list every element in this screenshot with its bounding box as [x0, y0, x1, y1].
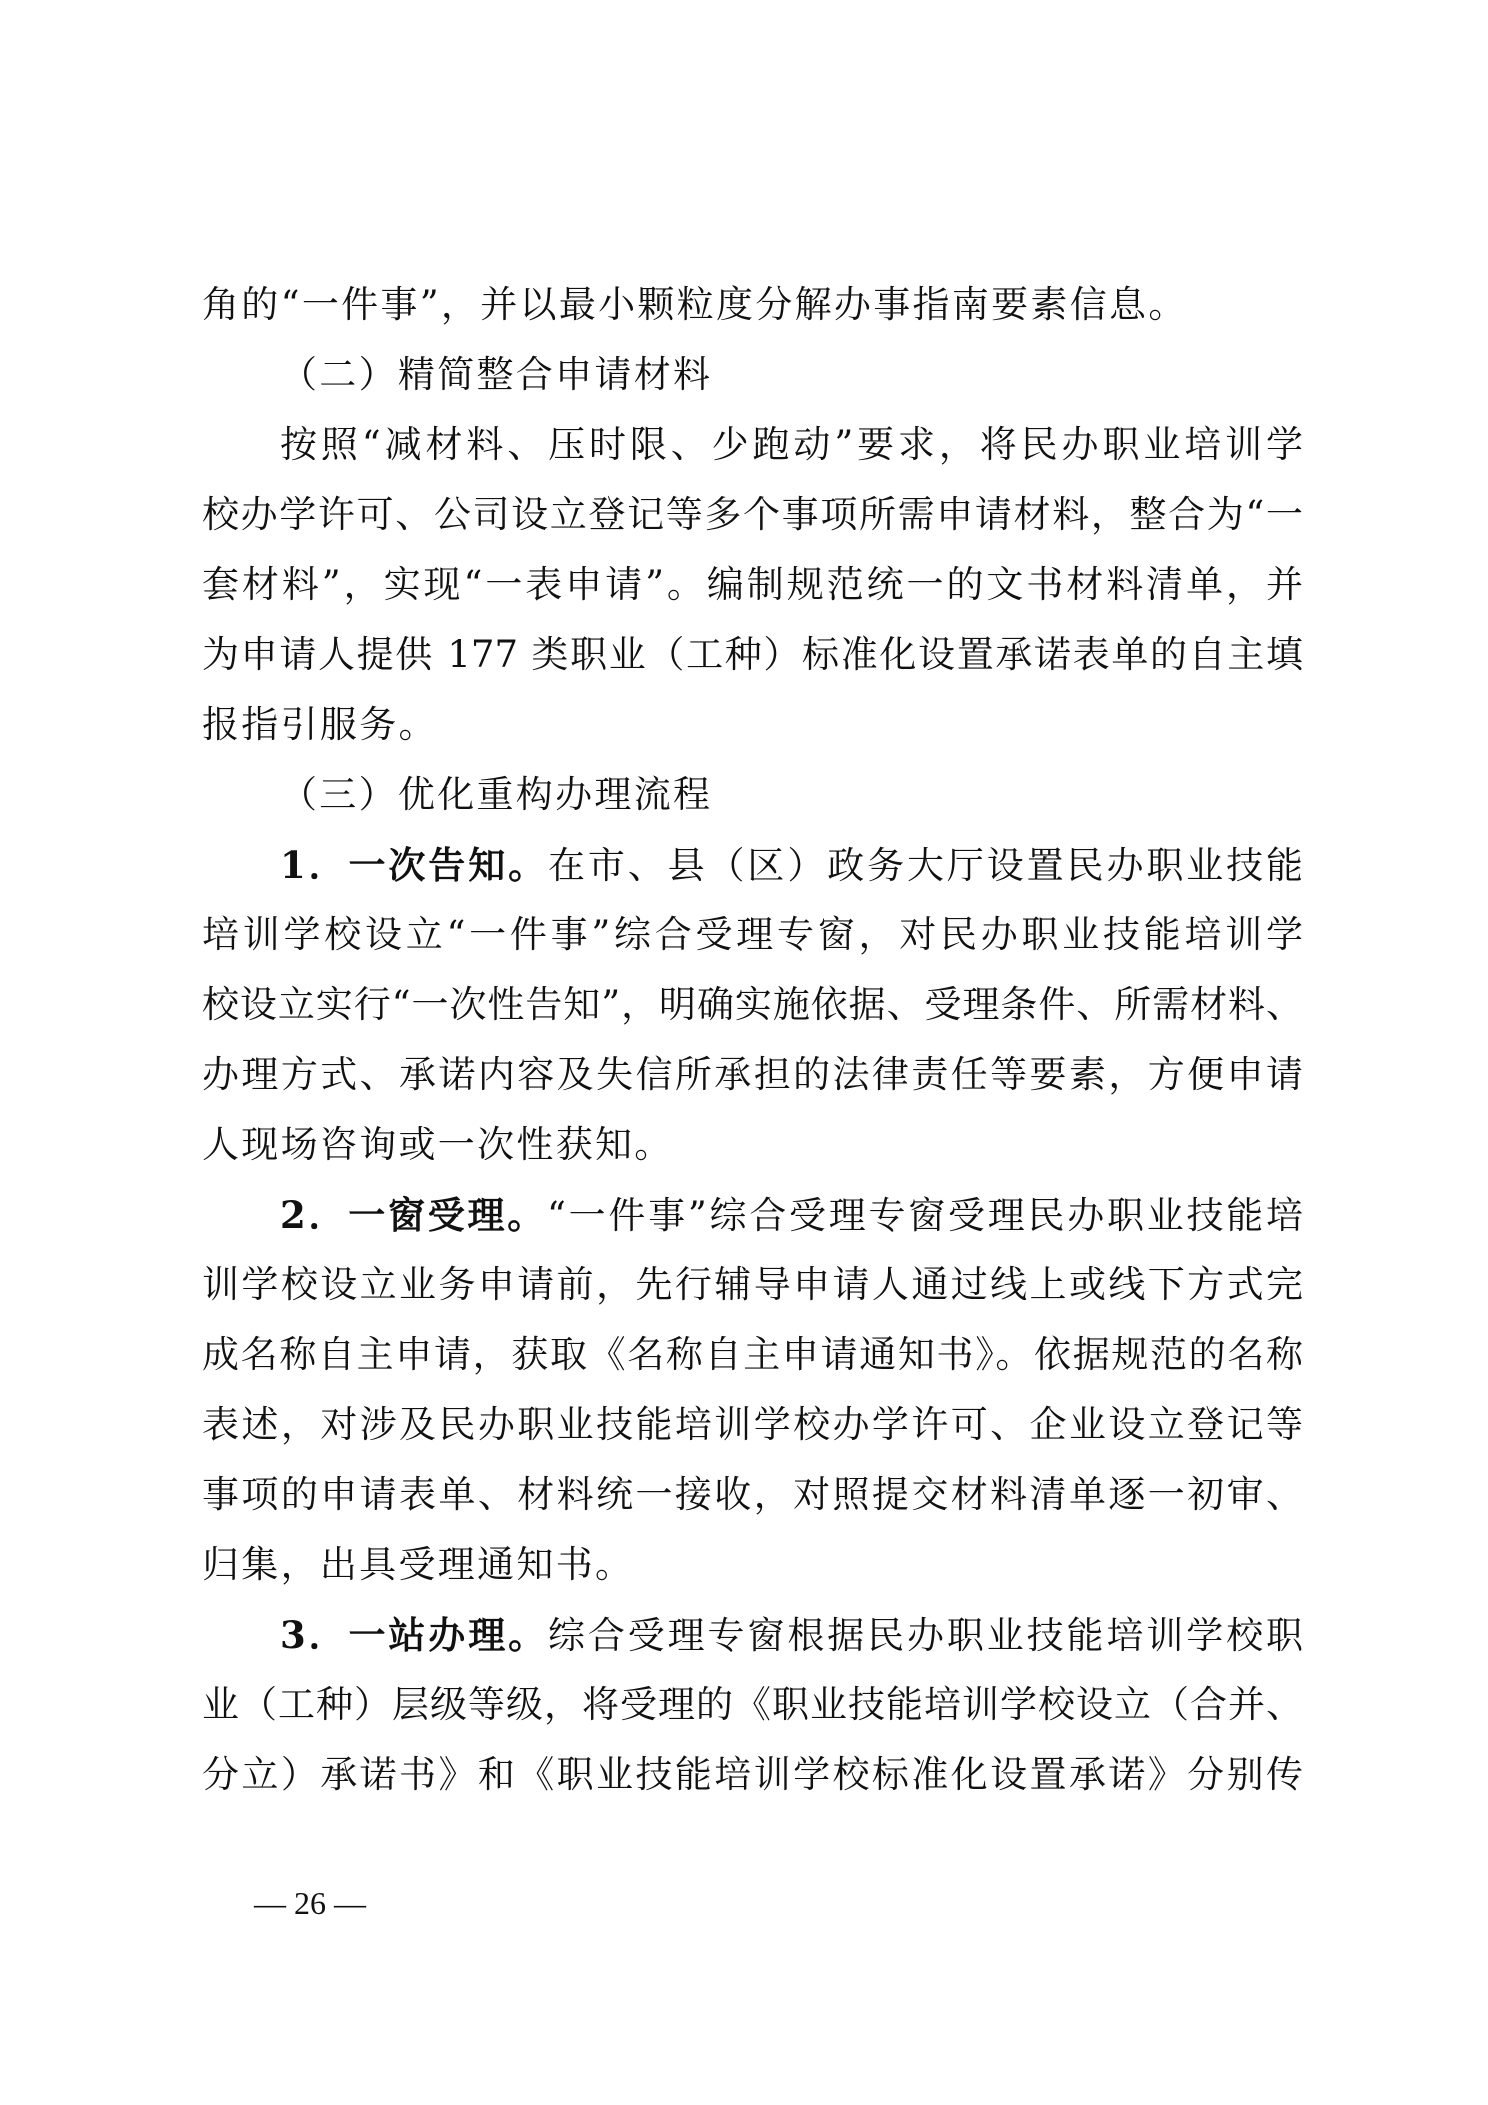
document-page: 角的“一件事”，并以最小颗粒度分解办事指南要素信息。 （二）精简整合申请材料 按…	[0, 0, 1488, 2105]
paragraph-line: 为申请人提供 177 类职业（工种）标准化设置承诺表单的自主填	[202, 620, 1303, 690]
page-number: — 26 —	[254, 1878, 394, 1928]
line-text: 角的“一件事”，并以最小颗粒度分解办事指南要素信息。	[202, 283, 1188, 326]
paragraph-line: 按照“减材料、压时限、少跑动”要求，将民办职业培训学	[202, 410, 1303, 480]
paragraph-line: 事项的申请表单、材料统一接收，对照提交材料清单逐一初审、	[202, 1460, 1303, 1530]
item-lead: 2．一窗受理。	[280, 1193, 547, 1237]
line-text: 为申请人提供 177 类职业（工种）标准化设置承诺表单的自主填	[202, 633, 1303, 676]
paragraph-line: 成名称自主申请，获取《名称自主申请通知书》。依据规范的名称	[202, 1320, 1303, 1390]
heading-text: （三）优化重构办理流程	[280, 773, 712, 816]
paragraph-line: 分立）承诺书》和《职业技能培训学校标准化设置承诺》分别传	[202, 1740, 1303, 1810]
line-text: 办理方式、承诺内容及失信所承担的法律责任等要素，方便申请	[202, 1053, 1303, 1096]
line-text: 综合受理专窗根据民办职业技能培训学校职	[548, 1614, 1303, 1657]
line-text: 分立）承诺书》和《职业技能培训学校标准化设置承诺》分别传	[202, 1753, 1303, 1796]
paragraph-line: 套材料”，实现“一表申请”。编制规范统一的文书材料清单，并	[202, 550, 1303, 620]
line-text: 按照“减材料、压时限、少跑动”要求，将民办职业培训学	[280, 423, 1303, 466]
paragraph-line: 报指引服务。	[202, 690, 1303, 760]
heading-text: （二）精简整合申请材料	[280, 353, 712, 396]
line-text: 校设立实行“一次性告知”，明确实施依据、受理条件、所需材料、	[202, 983, 1303, 1026]
line-text: 报指引服务。	[202, 703, 438, 746]
paragraph-line: 校设立实行“一次性告知”，明确实施依据、受理条件、所需材料、	[202, 970, 1303, 1040]
item-lead: 3．一站办理。	[280, 1613, 548, 1657]
line-text: 在市、县（区）政务大厅设置民办职业技能	[548, 844, 1303, 887]
line-text: “一件事”综合受理专窗受理民办职业技能培	[547, 1194, 1303, 1237]
paragraph-line: 训学校设立业务申请前，先行辅导申请人通过线上或线下方式完	[202, 1250, 1303, 1320]
line-text: 归集，出具受理通知书。	[202, 1543, 634, 1586]
line-text: 表述，对涉及民办职业技能培训学校办学许可、企业设立登记等	[202, 1403, 1303, 1446]
paragraph-line: 归集，出具受理通知书。	[202, 1530, 1303, 1600]
section-heading: （二）精简整合申请材料	[202, 340, 1303, 410]
line-text: 成名称自主申请，获取《名称自主申请通知书》。依据规范的名称	[202, 1333, 1303, 1376]
paragraph-line: 人现场咨询或一次性获知。	[202, 1110, 1303, 1180]
line-text: 培训学校设立“一件事”综合受理专窗，对民办职业技能培训学	[202, 913, 1303, 956]
section-heading: （三）优化重构办理流程	[202, 760, 1303, 830]
paragraph-line: 3．一站办理。综合受理专窗根据民办职业技能培训学校职	[202, 1600, 1303, 1670]
paragraph-line: 2．一窗受理。“一件事”综合受理专窗受理民办职业技能培	[202, 1180, 1303, 1250]
paragraph-line: 1．一次告知。在市、县（区）政务大厅设置民办职业技能	[202, 830, 1303, 900]
line-text: 校办学许可、公司设立登记等多个事项所需申请材料，整合为“一	[202, 493, 1303, 536]
paragraph-line: 业（工种）层级等级，将受理的《职业技能培训学校设立（合并、	[202, 1670, 1303, 1740]
line-text: 事项的申请表单、材料统一接收，对照提交材料清单逐一初审、	[202, 1473, 1303, 1516]
paragraph-line: 角的“一件事”，并以最小颗粒度分解办事指南要素信息。	[202, 270, 1303, 340]
line-text: 训学校设立业务申请前，先行辅导申请人通过线上或线下方式完	[202, 1263, 1303, 1306]
line-text: 套材料”，实现“一表申请”。编制规范统一的文书材料清单，并	[202, 563, 1303, 606]
item-lead: 1．一次告知。	[280, 843, 548, 887]
paragraph-line: 培训学校设立“一件事”综合受理专窗，对民办职业技能培训学	[202, 900, 1303, 970]
body-text: 角的“一件事”，并以最小颗粒度分解办事指南要素信息。 （二）精简整合申请材料 按…	[202, 270, 1303, 1810]
paragraph-line: 表述，对涉及民办职业技能培训学校办学许可、企业设立登记等	[202, 1390, 1303, 1460]
paragraph-line: 校办学许可、公司设立登记等多个事项所需申请材料，整合为“一	[202, 480, 1303, 550]
paragraph-line: 办理方式、承诺内容及失信所承担的法律责任等要素，方便申请	[202, 1040, 1303, 1110]
line-text: 人现场咨询或一次性获知。	[202, 1123, 674, 1166]
line-text: 业（工种）层级等级，将受理的《职业技能培训学校设立（合并、	[202, 1683, 1303, 1726]
